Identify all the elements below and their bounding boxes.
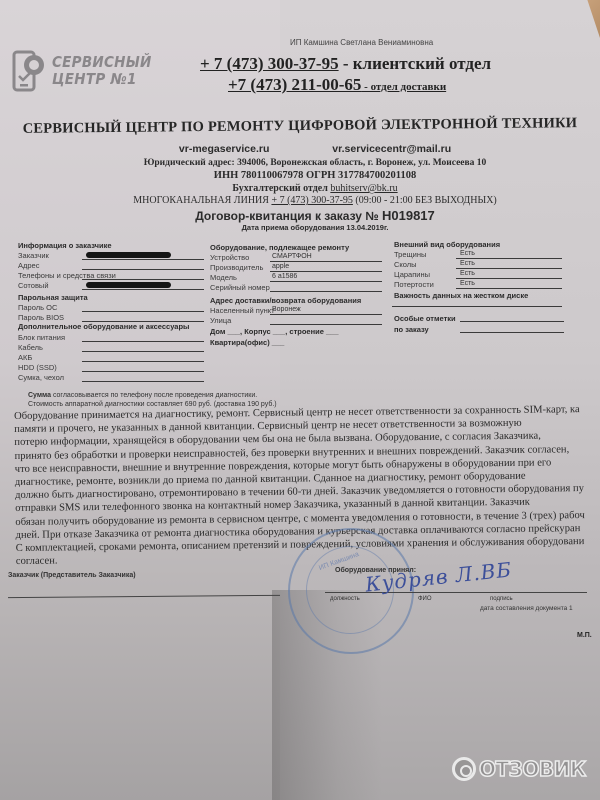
equipment-field-2-value: 6 a1586: [272, 273, 297, 280]
equipment-field-0-input-line: [270, 261, 382, 262]
fio-label: ФИО: [418, 596, 432, 602]
data-importance-line: [392, 306, 562, 307]
delivery-field-1-label: Улица: [210, 316, 231, 325]
equipment-field-0-label: Устройство: [210, 253, 249, 262]
company-email: vr.servicecentr@mail.ru: [332, 143, 451, 155]
accessories-heading: Дополнительное оборудование и аксессуары: [18, 322, 189, 331]
appearance-field-3-label: Потертости: [394, 280, 434, 289]
customer-field-0-label: Заказчик: [18, 251, 49, 260]
otzovik-power-icon: [452, 757, 476, 781]
equipment-field-2-label: Модель: [210, 273, 237, 282]
appearance-field-1-input-line: [456, 268, 562, 269]
terms-paragraph: Оборудование принимается на диагностику,…: [14, 403, 592, 568]
appearance-field-0-label: Трещины: [394, 250, 426, 259]
delivery-field-0-input-line: [270, 314, 382, 315]
equipment-field-3-input-line: [270, 291, 382, 292]
appearance-field-1-label: Сколы: [394, 260, 417, 269]
multichannel-line: МНОГОКАНАЛЬНАЯ ЛИНИЯ + 7 (473) 300-37-95…: [60, 195, 570, 206]
special-notes-line-1: [460, 321, 564, 322]
house-row: Дом ___, Корпус ___, строение ___: [210, 327, 339, 336]
delivery-field-0-label: Населенный пункт: [210, 306, 275, 315]
accessory-field-4-label: Сумка, чехол: [18, 373, 64, 382]
date-received: Дата приема оборудования 13.04.2019г.: [60, 223, 570, 232]
delivery-heading: Адрес доставки/возврата оборудования: [210, 296, 361, 305]
customer-field-3-redaction: [86, 282, 171, 288]
appearance-field-2-input-line: [456, 278, 562, 279]
equipment-field-2-input-line: [270, 281, 382, 282]
accessory-field-0-label: Блок питания: [18, 333, 65, 342]
seal-place-label: М.П.: [577, 632, 592, 639]
service-center-logo: СЕРВИСНЫЙ ЦЕНТР №1: [12, 48, 163, 94]
accessory-field-3-input-line: [82, 371, 204, 372]
special-notes-label: Особые отметки: [394, 314, 456, 323]
appearance-heading: Внешний вид оборудования: [394, 240, 500, 249]
customer-field-3-label: Сотовый: [18, 281, 49, 290]
order-number: H019817: [382, 208, 435, 223]
appearance-field-2-label: Царапины: [394, 270, 430, 279]
appearance-field-2-value: Есть: [460, 270, 475, 277]
special-notes-label-2: по заказу: [394, 325, 429, 334]
otzovik-watermark: ОТЗОВИК: [452, 757, 586, 781]
accepted-by-line: [325, 592, 587, 593]
password-field-1-label: Пароль BIOS: [18, 313, 64, 322]
contract-title: Договор-квитанция к заказу № H019817: [60, 208, 570, 223]
accessory-field-2-label: АКБ: [18, 353, 32, 362]
delivery-dept-phone: +7 (473) 211-00-65 - отдел доставки: [228, 75, 446, 95]
accessory-field-1-input-line: [82, 351, 204, 352]
customer-field-3-input-line: [82, 289, 204, 290]
accessory-field-4-input-line: [82, 381, 204, 382]
password-field-0-label: Пароль ОС: [18, 303, 57, 312]
accessory-field-0-input-line: [82, 341, 204, 342]
data-importance-heading: Важность данных на жестком диске: [394, 291, 528, 300]
phone-wrench-icon: [12, 48, 44, 94]
signature-label: подпись: [490, 596, 513, 602]
equipment-field-1-label: Производитель: [210, 263, 263, 272]
legal-address: Юридический адрес: 394006, Воронежская о…: [60, 158, 570, 168]
appearance-field-0-input-line: [456, 258, 562, 259]
equipment-field-1-value: apple: [272, 263, 289, 270]
customer-info-heading: Информация о заказчике: [18, 241, 112, 250]
customer-field-0-redaction: [86, 252, 171, 258]
customer-field-1-label: Адрес: [18, 261, 39, 270]
accessory-field-3-label: HDD (SSD): [18, 363, 57, 372]
appearance-field-3-input-line: [456, 288, 562, 289]
logo-text: СЕРВИСНЫЙ ЦЕНТР №1: [52, 54, 152, 88]
client-dept-phone: + 7 (473) 300-37-95 - клиентский отдел: [200, 54, 491, 74]
inn-ogrn: ИНН 780110067978 ОГРН 317784700201108: [60, 170, 570, 181]
password-field-0-input-line: [82, 311, 204, 312]
appearance-field-0-value: Есть: [460, 250, 475, 257]
contacts-row: vr-megaservice.ru vr.servicecentr@mail.r…: [60, 143, 570, 155]
delivery-field-1-input-line: [270, 324, 382, 325]
ip-owner-name: ИП Камшина Светлана Вениаминовна: [290, 38, 433, 47]
appearance-field-1-value: Есть: [460, 260, 475, 267]
accounting-dept: Бухгалтерский отдел buhitserv@bk.ru: [60, 183, 570, 194]
customer-signature-label: Заказчик (Представитель Заказчика): [8, 572, 136, 579]
accessory-field-1-label: Кабель: [18, 343, 43, 352]
appearance-field-3-value: Есть: [460, 280, 475, 287]
website: vr-megaservice.ru: [179, 143, 269, 155]
document-date-label: дата составления документа 1: [480, 605, 573, 612]
special-notes-line-2: [460, 332, 564, 333]
customer-field-2-input-line: [82, 279, 204, 280]
equipment-field-3-label: Серийный номер: [210, 283, 270, 292]
equipment-heading: Оборудование, подлежащее ремонту: [210, 243, 349, 252]
password-heading: Парольная защита: [18, 293, 88, 302]
accessory-field-2-input-line: [82, 361, 204, 362]
delivery-field-0-value: Воронеж: [272, 306, 301, 313]
equipment-field-0-value: СМАРТФОН: [272, 253, 312, 260]
apartment-row: Квартира(офис) ___: [210, 338, 284, 347]
equipment-field-1-input-line: [270, 271, 382, 272]
customer-field-1-input-line: [82, 269, 204, 270]
customer-field-0-input-line: [82, 259, 204, 260]
position-label: должность: [330, 596, 360, 602]
